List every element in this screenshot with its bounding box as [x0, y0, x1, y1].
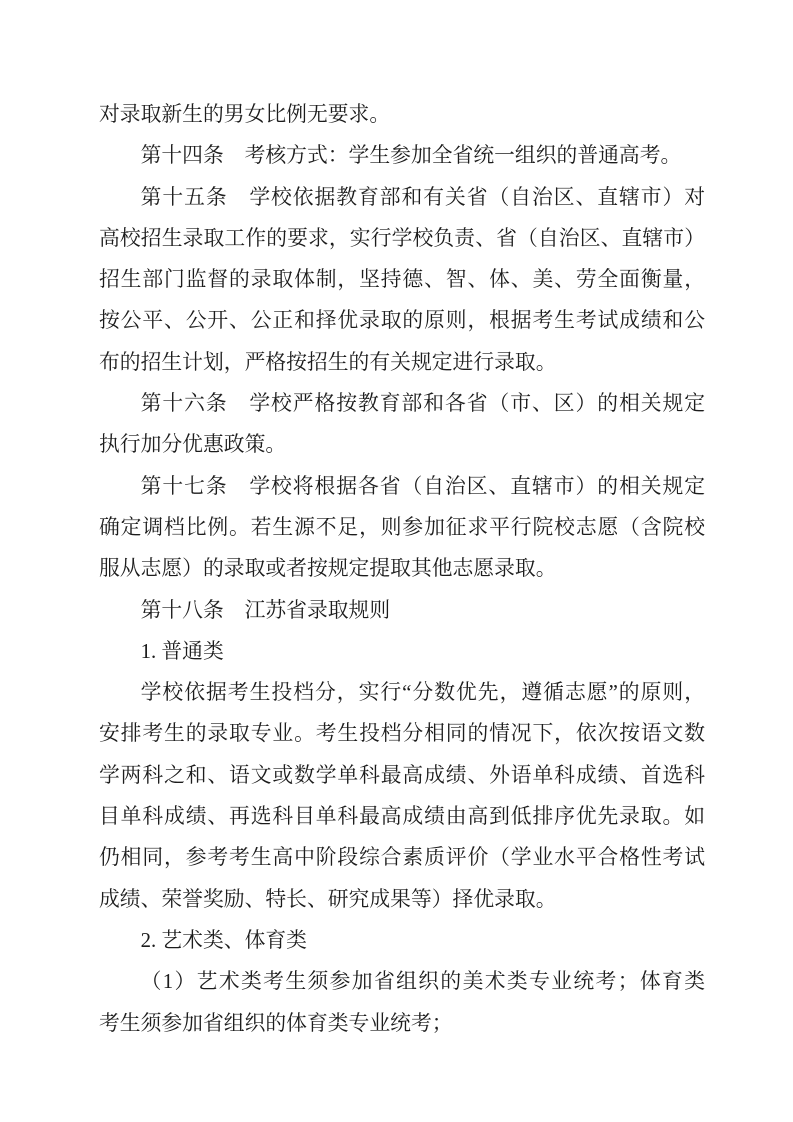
doc-line: 执行加分优惠政策。 — [99, 424, 705, 465]
paragraph-article-15: 第十五条 学校依据教育部和有关省（自治区、直辖市）对 高校招生录取工作的要求，实… — [99, 177, 705, 383]
paragraph-item-1: 1. 普通类 — [99, 631, 705, 672]
doc-line: 布的招生计划，严格按招生的有关规定进行录取。 — [99, 342, 705, 383]
doc-line: 确定调档比例。若生源不足，则参加征求平行院校志愿（含院校 — [99, 507, 705, 548]
paragraph-article-14: 第十四条 考核方式：学生参加全省统一组织的普通高考。 — [99, 135, 705, 176]
paragraph-item-2: 2. 艺术类、体育类 — [99, 920, 705, 961]
paragraph-article-16: 第十六条 学校严格按教育部和各省（市、区）的相关规定 执行加分优惠政策。 — [99, 383, 705, 466]
document-page: 对录取新生的男女比例无要求。 第十四条 考核方式：学生参加全省统一组织的普通高考… — [0, 0, 793, 1122]
doc-line: 对录取新生的男女比例无要求。 — [99, 94, 705, 135]
paragraph-art-sports: （1）艺术类考生须参加省组织的美术类专业统考；体育类 考生须参加省组织的体育类专… — [99, 961, 705, 1044]
paragraph-article-17: 第十七条 学校将根据各省（自治区、直辖市）的相关规定 确定调档比例。若生源不足，… — [99, 466, 705, 590]
paragraph-continuation: 对录取新生的男女比例无要求。 — [99, 94, 705, 135]
doc-line: 第十八条 江苏省录取规则 — [99, 590, 705, 631]
doc-line: 1. 普通类 — [99, 631, 705, 672]
doc-line: 成绩、荣誉奖励、特长、研究成果等）择优录取。 — [99, 879, 705, 920]
doc-line: （1）艺术类考生须参加省组织的美术类专业统考；体育类 — [99, 961, 705, 1002]
doc-line: 安排考生的录取专业。考生投档分相同的情况下，依次按语文数 — [99, 713, 705, 754]
doc-line: 目单科成绩、再选科目单科最高成绩由高到低排序优先录取。如 — [99, 796, 705, 837]
doc-line: 学校依据考生投档分，实行“分数优先，遵循志愿”的原则， — [99, 672, 705, 713]
doc-line: 考生须参加省组织的体育类专业统考； — [99, 1003, 705, 1044]
doc-line: 第十六条 学校严格按教育部和各省（市、区）的相关规定 — [99, 383, 705, 424]
doc-line: 招生部门监督的录取体制，坚持德、智、体、美、劳全面衡量， — [99, 259, 705, 300]
doc-line: 高校招生录取工作的要求，实行学校负责、省（自治区、直辖市） — [99, 218, 705, 259]
doc-line: 服从志愿）的录取或者按规定提取其他志愿录取。 — [99, 548, 705, 589]
doc-line: 按公平、公开、公正和择优录取的原则，根据考生考试成绩和公 — [99, 300, 705, 341]
doc-line: 第十七条 学校将根据各省（自治区、直辖市）的相关规定 — [99, 466, 705, 507]
doc-line: 学两科之和、语文或数学单科最高成绩、外语单科成绩、首选科 — [99, 755, 705, 796]
doc-line: 2. 艺术类、体育类 — [99, 920, 705, 961]
doc-line: 第十五条 学校依据教育部和有关省（自治区、直辖市）对 — [99, 177, 705, 218]
doc-line: 仍相同，参考考生高中阶段综合素质评价（学业水平合格性考试 — [99, 837, 705, 878]
paragraph-general-rule: 学校依据考生投档分，实行“分数优先，遵循志愿”的原则， 安排考生的录取专业。考生… — [99, 672, 705, 920]
doc-line: 第十四条 考核方式：学生参加全省统一组织的普通高考。 — [99, 135, 705, 176]
document-text-block: 对录取新生的男女比例无要求。 第十四条 考核方式：学生参加全省统一组织的普通高考… — [99, 94, 705, 1044]
paragraph-article-18: 第十八条 江苏省录取规则 — [99, 590, 705, 631]
